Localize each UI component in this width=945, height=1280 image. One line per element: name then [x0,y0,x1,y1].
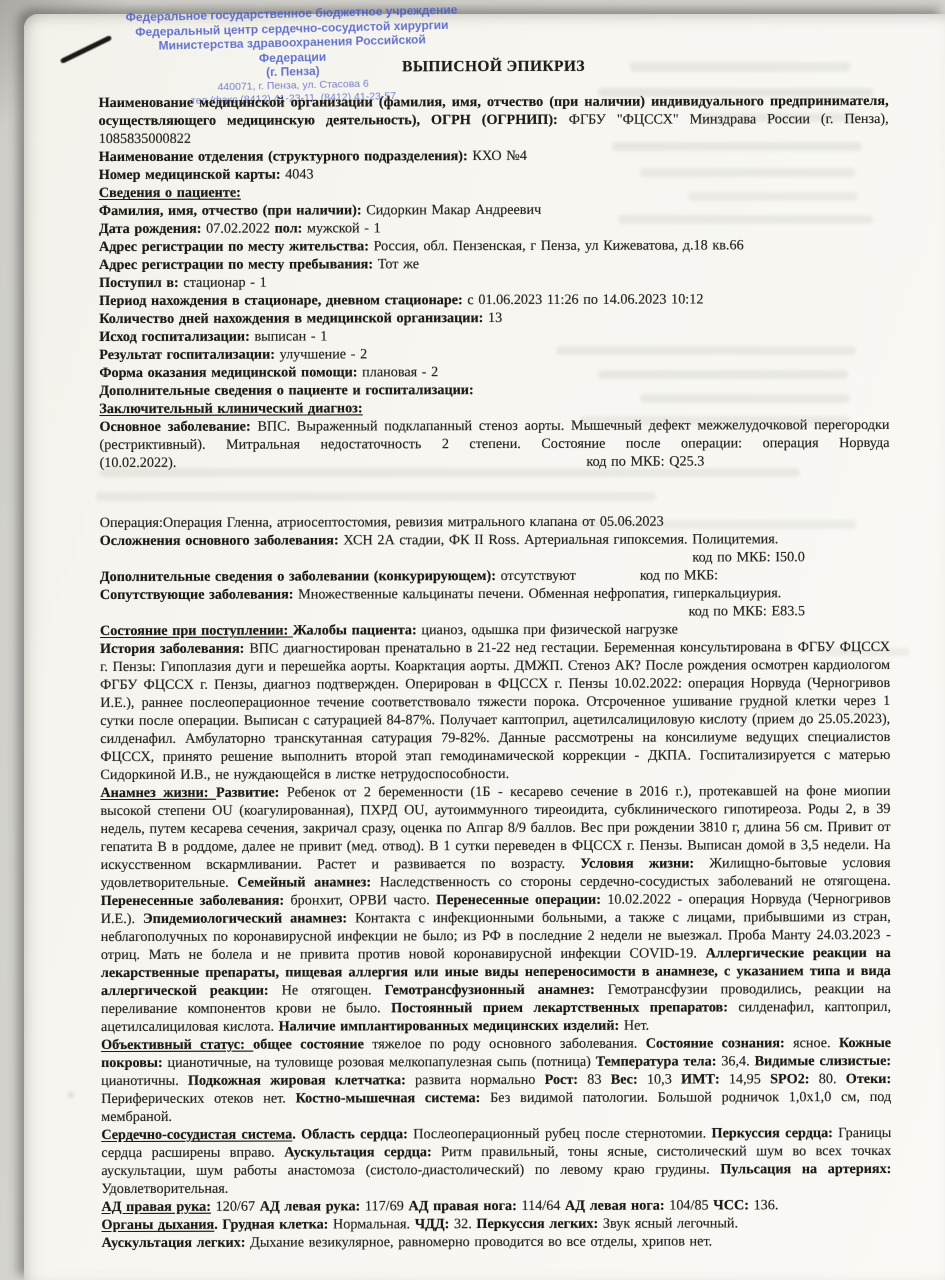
text-run: ИМТ: [681,1071,729,1087]
paragraph-hospitalization-result: Результат госпитализации: улучшение - 2 [99,344,889,364]
paragraph-concurrent-disease: Дополнительные сведения о заболевании (к… [100,566,890,586]
paragraph-objective-status: Объективный статус: общее состояние тяже… [101,1034,891,1126]
text-run: Номер медицинской карты: [99,167,285,183]
bleed-through-artifact [68,1092,74,1098]
text-run: ЧДД: [415,1216,454,1232]
text-run: Вес: [611,1072,647,1088]
text-run: АД левая нога: [565,1198,669,1214]
text-run: Тот же [378,256,419,272]
text-run: Форма оказания медицинской помощи: [99,364,362,381]
paragraph-operation: Операция:Операция Гленна, атриосептостом… [100,512,890,532]
text-run: Операция:Операция Гленна, атриосептостом… [100,514,664,531]
text-run: Жалобы пациента: [293,622,422,638]
text-run: Пульсация на артериях: [720,1161,891,1177]
text-run: пол: [275,220,307,236]
document-body: Наименование медицинской организации (фа… [99,92,892,1252]
document-page: Федеральное государственное бюджетное уч… [24,14,945,1280]
text-run: АД левая рука: [260,1198,365,1214]
text-run: Аускультация легких: [102,1235,251,1251]
text-run: Грудная клетка: [222,1216,333,1232]
text-run: Адрес регистрации по месту жительства: [99,238,374,255]
paragraph-mkb-code-complications: код по МКБ: I50.0 [100,548,890,568]
text-run: Состояние сознания: [646,1035,793,1051]
text-run: Дополнительные сведения о заболевании (к… [100,568,501,585]
text-run: Развитие: [216,785,287,801]
text-run: тяжелое по роду основного заболевания. [372,1036,645,1053]
paragraph-org-name: Наименование медицинской организации (фа… [99,92,889,148]
text-run: Дата рождения: [99,221,206,237]
text-run: . [214,1217,222,1233]
text-run: Россия, обл. Пензенская, г Пенза, ул Киж… [374,237,744,254]
text-run: КХО №4 [472,148,527,164]
paragraph-cardiovascular: Сердечно-сосудистая система. Область сер… [101,1124,891,1198]
paragraph-patient-name: Фамилия, имя, отчество (при наличии): Си… [99,200,889,220]
text-run: Нет. [624,1018,649,1034]
text-run: 07.02.2022 [206,221,275,237]
text-run: Наследственность со стороны сердечно-сос… [380,873,891,890]
paragraph-disease-history: История заболевания: ВПС диагностирован … [100,638,890,784]
text-run: 36,4. [721,1053,754,1069]
text-run: Нормальная. [333,1216,415,1232]
text-run: Наименование отделения (структурного под… [99,148,473,165]
text-run: . [292,1127,301,1143]
text-run: отсутствуют [501,568,576,584]
paragraph-comorbidities: Сопутствующие заболевания: Множественные… [100,584,890,604]
text-run: 114/64 [521,1198,565,1214]
text-run: Костно-мышечная система: [296,1090,491,1107]
paragraph-main-disease: Основное заболевание: ВПС. Выраженный по… [99,416,889,472]
text-run: Перкуссия легких: [476,1216,603,1232]
text-run: Количество дней нахождения в медицинской… [99,310,488,327]
paragraph-complications: Осложнения основного заболевания: ХСН 2А… [100,530,890,550]
text-run: Основное заболевание: [99,419,257,435]
text-run: 117/69 [365,1198,409,1214]
text-run: мужской - 1 [307,220,381,236]
text-run: Перенесенные заболевания: [101,893,291,909]
paragraph-lung-auscultation: Аускультация легких: Дыхание везикулярно… [102,1232,892,1252]
text-run: стационар - 1 [183,275,266,291]
text-run: Семейный анамнез: [237,874,379,890]
text-run: цианотичны. [101,1073,188,1089]
text-run: 32. [454,1216,476,1232]
text-run: выписан - 1 [254,328,327,344]
text-run: 104/85 [669,1197,713,1213]
text-run: Отеки: [846,1071,891,1087]
text-run: плановая - 2 [362,364,438,380]
text-run: код по МКБ: E83.5 [689,603,805,619]
text-run: 80. [819,1071,846,1087]
text-run: Постоянный прием лекартственных препарат… [391,999,738,1016]
text-run: Гемотрансфузионный анамнез: [385,982,608,999]
text-run: ЧСС: [713,1197,753,1213]
text-run: Поступил в: [99,275,183,291]
paragraph-days-count: Количество дней нахождения в медицинской… [99,308,889,328]
paragraph-additional-info: Дополнительные сведения о пациенте и гос… [99,380,889,400]
text-run: Дополнительные сведения о пациенте и гос… [99,382,473,399]
text-run: Период нахождения в стационаре, дневном … [99,292,467,309]
text-run: Сидоркин Макар Андреевич [366,202,541,218]
text-run: Звук ясный легочный. [603,1215,738,1231]
text-run: Сердечно-сосудистая система [101,1127,292,1143]
paragraph-hospitalization-outcome: Исход госпитализации: выписан - 1 [99,326,889,346]
paragraph-patient-section-header: Сведения о пациенте: [99,182,889,202]
text-run: 83 [587,1072,610,1088]
paragraph-card-number: Номер медицинской карты: 4043 [99,164,889,184]
text-run: бронхит, ОРВИ часто. [290,892,436,908]
paragraph-department: Наименование отделения (структурного под… [99,146,889,166]
text-run: Анамнез жизни: [100,785,216,801]
paragraph-respiratory: Органы дыхания. Грудная клетка: Нормальн… [102,1214,892,1234]
text-run: SPO2: [770,1071,819,1087]
text-run: код по МКБ: [640,567,718,583]
text-run: код по МКБ: I50.0 [692,549,804,565]
text-run: улучшение - 2 [280,346,368,362]
text-run: Подкожная жировая клетчатка: [188,1072,415,1089]
text-run: Условия жизни: [580,855,709,871]
text-run: АД правая рука: [101,1199,211,1215]
text-run: Удовлетворительная. [101,1181,228,1197]
text-run: Сопутствующие заболевания: [100,587,298,604]
paragraph-life-anamnesis: Анамнез жизни: Развитие: Ребенок от 2 бе… [100,782,891,1036]
text-run: Аускультация сердца: [284,1144,441,1160]
text-run: Заключительный клинический диагноз: [99,400,362,417]
paragraph-diagnosis-header: Заключительный клинический диагноз: [99,398,889,418]
paragraph-stay-period: Период нахождения в стационаре, дневном … [99,290,889,310]
text-run: код по МКБ: Q25.3 [586,453,704,469]
text-run: Перенесенные операции: [436,892,607,908]
text-run: Дыхание везикулярное, равномерно проводи… [250,1233,712,1250]
text-run: АД правая нога: [408,1198,521,1214]
document-title: ВЫПИСНОЙ ЭПИКРИЗ [98,57,888,77]
text-run: Видимые слизистые: [755,1053,892,1069]
text-run: Рост: [545,1072,588,1088]
paragraph-birth-date: Дата рождения: 07.02.2022 пол: мужской -… [99,218,889,238]
text-run: Наличие имплантированных медицинских изд… [279,1018,624,1035]
text-run: Адрес регистрации по месту пребывания: [99,256,378,273]
text-run: Перкуссия сердца: [712,1125,839,1141]
text-run: с 01.06.2023 11:26 по 14.06.2023 10:12 [467,291,703,308]
text-run: 14,95 [729,1071,770,1087]
text-run: Не отягощен. [282,982,385,998]
text-run: цианоз, одышка при физической нагрузке [421,622,678,639]
text-run: Сведения о пациенте: [99,185,241,201]
text-run: Послеоперационный рубец после стернотоми… [413,1125,711,1142]
paragraph-address-stay: Адрес регистрации по месту пребывания: Т… [99,254,889,274]
text-run: 120/67 [211,1199,260,1215]
text-run: Состояние при поступлении: [100,623,293,640]
text-run: Осложнения основного заболевания: [100,532,344,549]
paragraph-mkb-code-comorbidities: код по МКБ: E83.5 [100,602,890,622]
text-run: Эпидемиологический анамнез: [143,910,355,927]
text-run: ясное. [793,1035,839,1051]
text-run: История заболевания: [100,641,249,657]
paragraph-address-residence: Адрес регистрации по месту жительства: Р… [99,236,889,256]
text-run: 136. [754,1197,779,1213]
text-run: Результат госпитализации: [99,347,279,363]
text-run: Исход госпитализации: [99,329,254,345]
text-run: ХСН 2А стадии, ФК II Ross. Артериальная … [343,531,778,548]
text-run: развита нормально [415,1072,545,1088]
paragraph-admission-state: Состояние при поступлении: Жалобы пациен… [100,620,890,640]
text-run: Фамилия, имя, отчество (при наличии): [99,202,366,219]
text-run: цианотичные, на туловище розовая мелкопа… [168,1054,596,1071]
text-run: общее состояние [253,1036,372,1052]
text-run: Множественные кальцинаты печени. Обменна… [298,585,781,602]
paragraph-care-form: Форма оказания медицинской помощи: плано… [99,362,889,382]
text-run: 4043 [285,166,313,182]
paragraph-admitted-to: Поступил в: стационар - 1 [99,272,889,292]
text-run: Область сердца: [301,1126,413,1142]
text-run: ВПС диагностирован пренатально в 21-22 н… [100,639,890,783]
text-run: 10,3 [647,1072,681,1088]
document-content: Федеральное государственное бюджетное уч… [98,13,891,1252]
text-run: Температура тела: [596,1053,722,1069]
text-run: 13 [488,310,502,326]
paragraph-blood-pressure: АД правая рука: 120/67 АД левая рука: 11… [101,1196,891,1216]
text-run: Объективный статус: [101,1037,253,1053]
text-run: Органы дыхания [102,1217,215,1233]
text-run: Периферических отеков нет. [101,1091,295,1108]
